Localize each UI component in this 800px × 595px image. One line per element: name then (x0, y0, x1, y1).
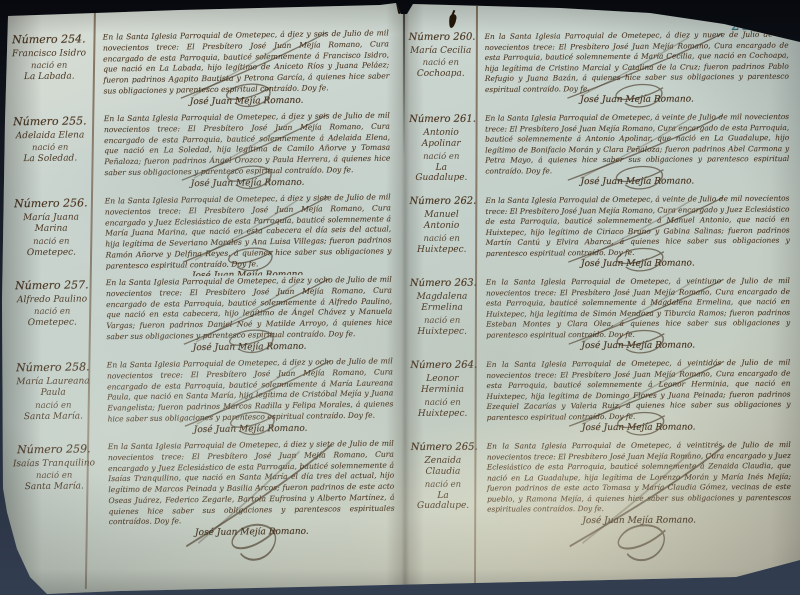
priest-signature: José Juan Mejía Romano. (485, 176, 789, 188)
entry-record-text: En la Santa Iglesia Parroquial de Ometep… (106, 275, 393, 343)
entry-margin: Número 258. María Laureana Paula nació e… (7, 359, 99, 442)
entry-record-text: En la Santa Iglesia Parroquial de Ometep… (105, 192, 392, 272)
entry-record-text: En la Santa Iglesia Parroquial de Ometep… (485, 112, 789, 177)
priest-signature: José Juan Mejía Romano. (486, 258, 790, 270)
entry-child-name: Manuel Antonio (410, 210, 474, 233)
entry-record-text: En la Santa Iglesia Parroquial de Ometep… (103, 28, 390, 97)
entry-number: Número 260. (409, 32, 473, 43)
entry-birthplace: Huixtepec. (410, 326, 474, 336)
entry-body: En la Santa Iglesia Parroquial de Ometep… (94, 28, 396, 114)
entry-child-name: Francisco Isidro (7, 48, 91, 60)
register-entry: Número 257. Alfredo Paulino nació en Ome… (6, 274, 399, 361)
entry-record-text: En la Santa Iglesia Parroquial de Ometep… (485, 194, 789, 259)
priest-signature: José Juan Mejía Romano. (485, 94, 789, 106)
entry-body: En la Santa Iglesia Parroquial de Ometep… (97, 274, 399, 360)
entry-record-text: En la Santa Iglesia Parroquial de Ometep… (107, 356, 394, 425)
page-right-entries: Número 260. María Cecilia nació en Cocho… (404, 5, 797, 590)
register-entry: Número 258. María Laureana Paula nació e… (7, 356, 400, 443)
register-entry: Número 254. Francisco Isidro nació en La… (3, 28, 396, 115)
entry-number: Número 258. (11, 360, 95, 374)
entry-birthplace: Huixtepec. (411, 408, 475, 418)
register-entry: Número 259. Isaías Tranquilino nació en … (8, 438, 402, 571)
entry-child-name: Leonor Herminia (410, 374, 474, 397)
priest-signature: José Juan Mejía Romano. (109, 526, 395, 539)
entry-born-label: nació en (411, 479, 475, 489)
entry-record-text: En la Santa Iglesia Parroquial de Ometep… (104, 111, 391, 179)
entry-birthplace: Huixtepec. (410, 244, 474, 254)
entry-born-label: nació en (8, 143, 92, 154)
entry-child-name: Antonio Apolinar (409, 128, 473, 151)
entry-birthplace: La Guadalupe. (409, 162, 473, 182)
entry-born-label: nació en (11, 400, 95, 411)
entry-margin: Número 256. María Juana Marina nació en … (5, 195, 97, 278)
entry-record-text: En la Santa Iglesia Parroquial de Ometep… (486, 358, 790, 423)
entry-child-name: Magdalena Ermelina (410, 292, 474, 315)
page-left: Número 254. Francisco Isidro nació en La… (6, 6, 398, 589)
entry-born-label: nació en (12, 471, 96, 482)
entry-child-name: Alfredo Paulino (10, 294, 94, 306)
entry-body: En la Santa Iglesia Parroquial de Ometep… (478, 439, 798, 569)
entry-number: Número 262. (409, 196, 473, 207)
entry-number: Número 255. (8, 114, 92, 128)
register-entry: Número 265. Zenaida Claudia nació en La … (407, 439, 798, 569)
entry-record-text: En la Santa Iglesia Parroquial de Ometep… (486, 276, 790, 341)
entry-birthplace: La Soledad. (8, 154, 92, 165)
entry-margin: Número 254. Francisco Isidro nació en La… (3, 31, 95, 114)
register-entry: Número 261. Antonio Apolinar nació en La… (405, 111, 795, 195)
entry-margin: Número 262. Manuel Antonio nació en Huix… (405, 195, 476, 277)
priest-signature: José Juan Mejía Romano. (107, 340, 393, 353)
entry-margin: Número 261. Antonio Apolinar nació en La… (405, 113, 476, 195)
entry-birthplace: Cochoapa. (409, 69, 473, 79)
entry-child-name: Adelaida Elena (8, 130, 92, 142)
paper-spread: Número 254. Francisco Isidro nació en La… (0, 0, 800, 595)
entry-body: En la Santa Iglesia Parroquial de Ometep… (476, 111, 795, 195)
entry-margin: Número 259. Isaías Tranquilino nació en … (8, 441, 101, 570)
entry-born-label: nació en (410, 233, 474, 243)
register-entry: Número 255. Adelaida Elena nació en La S… (4, 110, 397, 197)
entry-born-label: nació en (409, 151, 473, 161)
priest-signature: José Juan Mejía Romano. (486, 340, 790, 352)
entry-body: En la Santa Iglesia Parroquial de Ometep… (476, 193, 795, 277)
entry-birthplace: Ometepec. (10, 318, 94, 329)
entry-record-text: En la Santa Iglesia Parroquial de Ometep… (487, 440, 791, 515)
entry-child-name: Zenaida Claudia (411, 456, 475, 479)
entry-birthplace: La Labada. (7, 72, 91, 83)
entry-margin: Número 257. Alfredo Paulino nació en Ome… (6, 277, 98, 360)
entry-margin: Número 264. Leonor Herminia nació en Hui… (406, 359, 477, 441)
entry-record-text: En la Santa Iglesia Parroquial de Ometep… (485, 30, 789, 95)
entry-margin: Número 260. María Cecilia nació en Cocho… (405, 31, 476, 113)
entry-birthplace: Santa María. (11, 411, 95, 422)
priest-signature: José Juan Mejía Romano. (105, 176, 391, 189)
entry-number: Número 261. (409, 114, 473, 125)
entry-child-name: María Laureana Paula (11, 376, 95, 400)
entry-margin: Número 265. Zenaida Claudia nació en La … (407, 441, 479, 569)
register-entry: Número 263. Magdalena Ermelina nació en … (406, 275, 796, 359)
entry-body: En la Santa Iglesia Parroquial de Ometep… (96, 192, 398, 278)
entry-born-label: nació en (10, 307, 94, 318)
page-right: 23 Número 260. María Cecilia nació en Co… (406, 6, 796, 589)
entry-birthplace: La Guadalupe. (411, 490, 475, 510)
entry-number: Número 254. (7, 32, 91, 46)
entry-record-text: En la Santa Iglesia Parroquial de Ometep… (108, 439, 395, 529)
page-left-entries: Número 254. Francisco Isidro nació en La… (2, 4, 401, 592)
priest-signature: José Juan Mejía Romano. (487, 515, 791, 527)
entry-body: En la Santa Iglesia Parroquial de Ometep… (476, 29, 795, 113)
entry-born-label: nació en (410, 315, 474, 325)
entry-child-name: María Cecilia (409, 46, 473, 58)
register-entry: Número 256. María Juana Marina nació en … (5, 192, 398, 279)
entry-number: Número 259. (12, 442, 96, 456)
entry-body: En la Santa Iglesia Parroquial de Ometep… (99, 438, 402, 570)
register-entry: Número 262. Manuel Antonio nació en Huix… (405, 193, 795, 277)
entry-number: Número 263. (410, 278, 474, 289)
register-entry: Número 264. Leonor Herminia nació en Hui… (406, 357, 796, 441)
register-entry: Número 260. María Cecilia nació en Cocho… (405, 29, 795, 113)
photo-of-register: Número 254. Francisco Isidro nació en La… (0, 0, 800, 595)
entry-body: En la Santa Iglesia Parroquial de Ometep… (477, 275, 796, 359)
entry-number: Número 265. (411, 442, 475, 453)
entry-margin: Número 263. Magdalena Ermelina nació en … (406, 277, 477, 359)
entry-birthplace: Santa María. (12, 482, 96, 493)
entry-born-label: nació en (9, 236, 93, 247)
entry-body: En la Santa Iglesia Parroquial de Ometep… (98, 356, 400, 442)
entry-number: Número 256. (9, 196, 93, 210)
entry-number: Número 257. (10, 278, 94, 292)
entry-margin: Número 255. Adelaida Elena nació en La S… (4, 113, 96, 196)
entry-child-name: Isaías Tranquilino (12, 458, 96, 470)
entry-body: En la Santa Iglesia Parroquial de Ometep… (477, 357, 796, 441)
entry-born-label: nació en (411, 397, 475, 407)
priest-signature: José Juan Mejía Romano. (487, 422, 791, 434)
entry-born-label: nació en (7, 61, 91, 72)
entry-born-label: nació en (409, 58, 473, 68)
entry-number: Número 264. (410, 360, 474, 371)
entry-body: En la Santa Iglesia Parroquial de Ometep… (95, 110, 397, 196)
entry-child-name: María Juana Marina (9, 212, 93, 236)
entry-birthplace: Ometepec. (9, 247, 93, 258)
